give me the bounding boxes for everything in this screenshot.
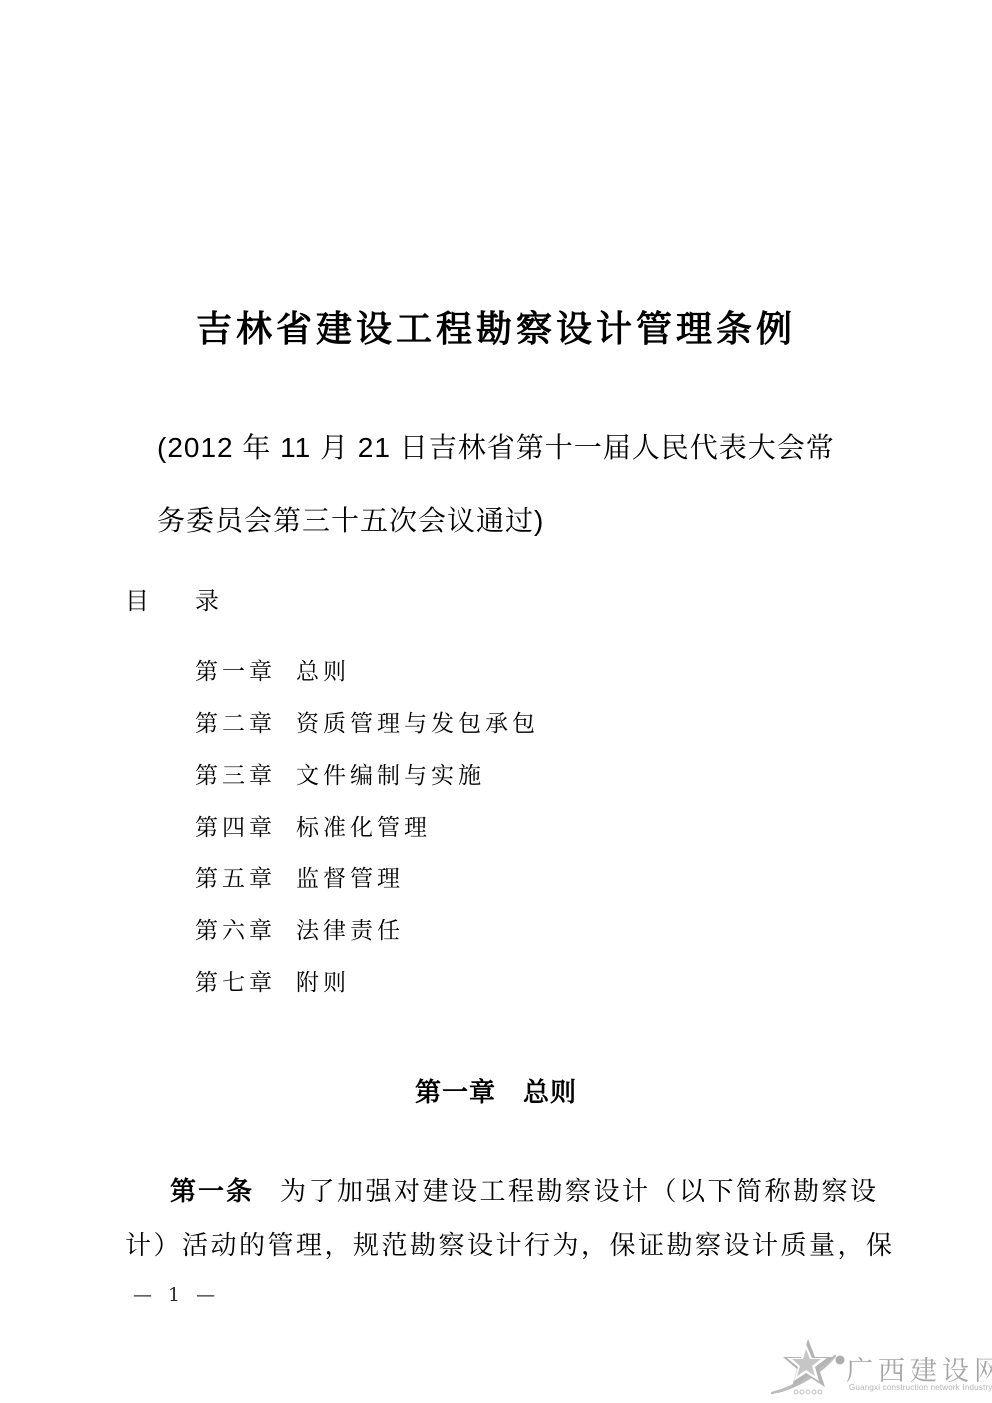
star-logo-icon bbox=[770, 1335, 848, 1399]
toc-chapter-label: 第五章 bbox=[195, 866, 276, 892]
watermark-tagline-text: Guangxi construction network Industry Ed… bbox=[849, 1383, 992, 1392]
toc-chapter-title: 法律责任 bbox=[296, 918, 404, 944]
toc-item-chapter-7: 第七章附则 bbox=[195, 971, 350, 996]
toc-chapter-title: 资质管理与发包承包 bbox=[296, 711, 539, 737]
toc-item-chapter-4: 第四章标准化管理 bbox=[195, 816, 431, 841]
article-1-line-2: 计）活动的管理，规范勘察设计行为，保证勘察设计质量，保 bbox=[125, 1232, 895, 1261]
toc-header-char-1: 目 bbox=[125, 587, 149, 615]
article-1-label: 第一条 bbox=[170, 1176, 254, 1206]
toc-header: 目录 bbox=[125, 581, 219, 616]
toc-item-chapter-3: 第三章文件编制与实施 bbox=[195, 764, 485, 789]
toc-chapter-title: 总则 bbox=[296, 659, 350, 685]
toc-chapter-label: 第六章 bbox=[195, 918, 276, 944]
toc-chapter-label: 第二章 bbox=[195, 711, 276, 737]
toc-item-chapter-2: 第二章资质管理与发包承包 bbox=[195, 712, 539, 737]
article-1-line-1: 第一条为了加强对建设工程勘察设计（以下简称勘察设 bbox=[170, 1177, 879, 1207]
toc-chapter-title: 标准化管理 bbox=[296, 815, 431, 841]
toc-chapter-title: 文件编制与实施 bbox=[296, 763, 485, 789]
toc-item-chapter-1: 第一章总则 bbox=[195, 660, 350, 685]
document-subtitle-line-1: (2012 年 11 月 21 日吉林省第十一届人民代表大会常 bbox=[157, 426, 835, 466]
toc-item-chapter-6: 第六章法律责任 bbox=[195, 919, 404, 944]
document-page: 吉林省建设工程勘察设计管理条例 (2012 年 11 月 21 日吉林省第十一届… bbox=[0, 0, 992, 1403]
toc-header-char-2: 录 bbox=[195, 587, 219, 615]
toc-chapter-label: 第一章 bbox=[195, 659, 276, 685]
toc-item-chapter-5: 第五章监督管理 bbox=[195, 867, 404, 892]
chapter-1-heading: 第一章 总则 bbox=[0, 1072, 992, 1109]
toc-chapter-label: 第七章 bbox=[195, 970, 276, 996]
article-1-text: 为了加强对建设工程勘察设计（以下简称勘察设 bbox=[280, 1177, 879, 1207]
toc-chapter-title: 附则 bbox=[296, 970, 350, 996]
page-number: — 1 — bbox=[133, 1284, 220, 1306]
toc-chapter-label: 第四章 bbox=[195, 815, 276, 841]
watermark: 广西建设网 Guangxi construction network Indus… bbox=[770, 1333, 985, 1397]
toc-chapter-label: 第三章 bbox=[195, 763, 276, 789]
document-title: 吉林省建设工程勘察设计管理条例 bbox=[0, 301, 992, 352]
document-subtitle-line-2: 务委员会第三十五次会议通过) bbox=[157, 499, 544, 539]
toc-chapter-title: 监督管理 bbox=[296, 866, 404, 892]
